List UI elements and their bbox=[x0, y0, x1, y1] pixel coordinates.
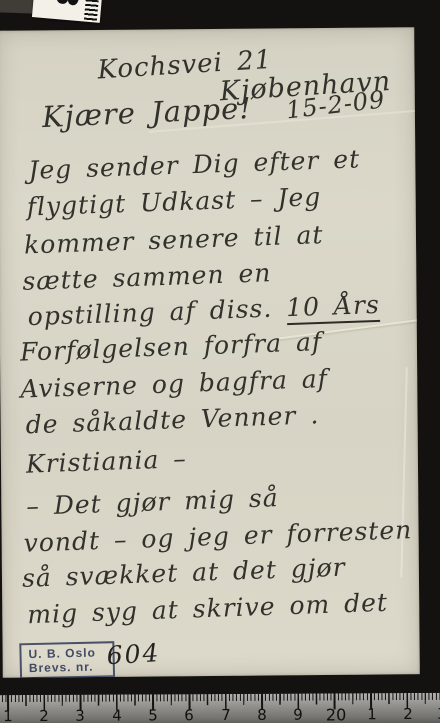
ruler-number: 4 bbox=[112, 707, 122, 723]
ruler-number: 5 bbox=[148, 706, 158, 723]
stamp-archive-number: 604 bbox=[106, 638, 161, 670]
centimeter-ruler: 1 2 3 4 5 6 7 8 9 20 1 2 3 bbox=[0, 691, 440, 723]
ruler-number: 7 bbox=[221, 706, 231, 723]
paper-crease bbox=[400, 367, 407, 577]
scale-card-number: 3 bbox=[47, 0, 85, 10]
ruler-number: 6 bbox=[184, 706, 194, 723]
handwritten-line: de såkaldte Venner . bbox=[25, 400, 320, 439]
handwritten-line: Forfølgelsen forfra af bbox=[20, 327, 323, 367]
scale-card-ticks bbox=[84, 0, 99, 23]
library-stamp: U. B. Oslo Brevs. nr. bbox=[19, 641, 115, 678]
handwritten-line: Jeg sender Dig efter et bbox=[28, 144, 361, 185]
handwritten-line: Aviserne og bagfra af bbox=[20, 364, 329, 404]
ruler-number: 1 bbox=[3, 707, 13, 723]
scale-card-fragment: 3 bbox=[32, 0, 102, 23]
handwritten-line: vondt – og jeg er forresten bbox=[23, 515, 412, 558]
ruler-number: 8 bbox=[257, 706, 267, 723]
handwritten-line: kommer senere til at bbox=[24, 220, 324, 259]
salutation: Kjære Jappe! bbox=[41, 91, 252, 134]
handwritten-line: sætte sammen en bbox=[22, 258, 272, 296]
handwritten-line: så svækket at det gjør bbox=[22, 553, 346, 593]
ruler-number: 20 bbox=[326, 705, 346, 723]
ruler-number: 9 bbox=[293, 706, 303, 723]
ruler-number: 1 bbox=[367, 705, 377, 723]
handwritten-line: – Det gjør mig så bbox=[26, 483, 279, 521]
gray-card-fragment bbox=[0, 0, 35, 14]
handwritten-line: opstilling af diss. 10 Års bbox=[27, 290, 380, 331]
handwritten-line: flygtigt Udkast – Jeg bbox=[26, 182, 321, 221]
ruler-number: 2 bbox=[39, 707, 49, 723]
ruler-number: 2 bbox=[403, 705, 413, 723]
stamp-line-2: Brevs. nr. bbox=[29, 659, 113, 675]
scanned-letter-page: { "colors": { "background": "#141210", "… bbox=[0, 0, 440, 723]
ruler-number: 3 bbox=[75, 707, 85, 723]
letter-paper: Kochsvei 21 Kjøbenhavn 15-2-09 Kjære Jap… bbox=[0, 27, 420, 678]
handwritten-line: mig syg at skrive om det bbox=[27, 588, 389, 630]
handwritten-line: Kristiania – bbox=[25, 444, 187, 479]
